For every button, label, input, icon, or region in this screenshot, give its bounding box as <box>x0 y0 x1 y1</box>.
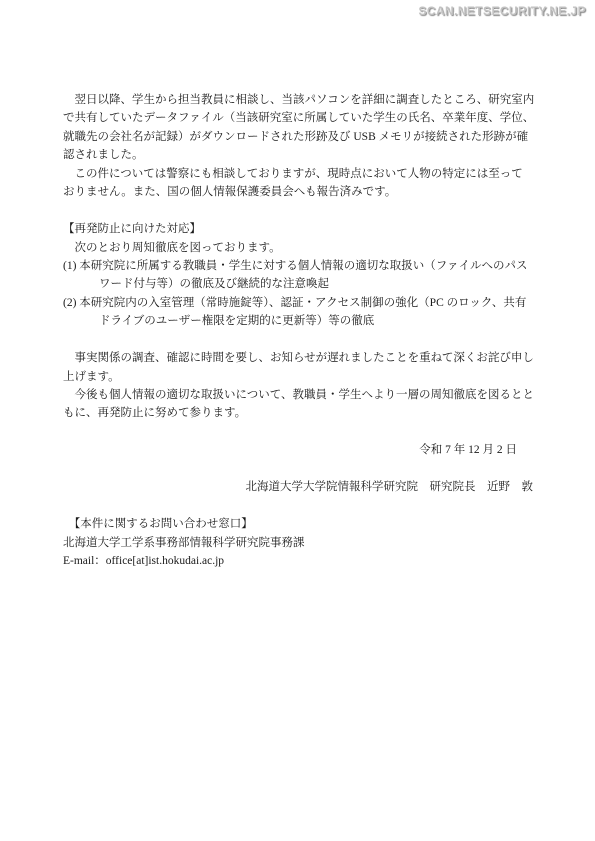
blank-line <box>63 331 533 349</box>
list-item: (2) 本研究院内の入室管理（常時施錠等）、認証・アクセス制御の強化（PC のロ… <box>63 294 533 312</box>
body-line: 翌日以降、学生から担当教員に相談し、当該パソコンを詳細に調査したところ、研究室内 <box>63 91 533 109</box>
date-line: 令和 7 年 12 月 2 日 <box>63 441 533 459</box>
body-line: 今後も個人情報の適切な取扱いについて、教職員・学生へより一層の周知徹底を図るとと <box>63 386 533 404</box>
contact-heading: 【本件に関するお問い合わせ窓口】 <box>63 515 533 533</box>
section-heading: 【再発防止に向けた対応】 <box>63 220 533 238</box>
body-line: この件については警察にも相談しておりますが、現時点において人物の特定には至って <box>63 165 533 183</box>
signature-line: 北海道大学大学院情報科学研究院 研究院長 近野 敦 <box>63 478 533 496</box>
list-item-continuation: ワード付与等）の徹底及び継続的な注意喚起 <box>63 275 533 293</box>
list-item-continuation: ドライブのユーザー権限を定期的に更新等）等の徹底 <box>63 312 533 330</box>
body-line: で共有していたデータファイル（当該研究室に所属していた学生の氏名、卒業年度、学位… <box>63 109 533 127</box>
blank-line <box>63 202 533 220</box>
document-body: 翌日以降、学生から担当教員に相談し、当該パソコンを詳細に調査したところ、研究室内… <box>63 91 533 570</box>
body-line: おりません。また、国の個人情報保護委員会へも報告済みです。 <box>63 183 533 201</box>
body-line: 上げます。 <box>63 368 533 386</box>
blank-line <box>63 497 533 515</box>
body-line: 事実関係の調査、確認に時間を要し、お知らせが遅れましたことを重ねて深くお詫び申し <box>63 349 533 367</box>
blank-line <box>63 423 533 441</box>
contact-email: E-mail：office[at]ist.hokudai.ac.jp <box>63 552 533 570</box>
site-watermark: SCAN.NETSECURITY.NE.JP <box>419 4 587 18</box>
blank-line <box>63 460 533 478</box>
list-item: (1) 本研究院に所属する教職員・学生に対する個人情報の適切な取扱い（ファイルへ… <box>63 257 533 275</box>
body-line: もに、再発防止に努めて参ります。 <box>63 404 533 422</box>
section-intro: 次のとおり周知徹底を図っております。 <box>63 239 533 257</box>
contact-department: 北海道大学工学系事務部情報科学研究院事務課 <box>63 534 533 552</box>
body-line: 認されました。 <box>63 146 533 164</box>
body-line: 就職先の会社名が記録）がダウンロードされた形跡及び USB メモリが接続された形… <box>63 128 533 146</box>
document-page: SCAN.NETSECURITY.NE.JP 翌日以降、学生から担当教員に相談し… <box>0 0 595 841</box>
